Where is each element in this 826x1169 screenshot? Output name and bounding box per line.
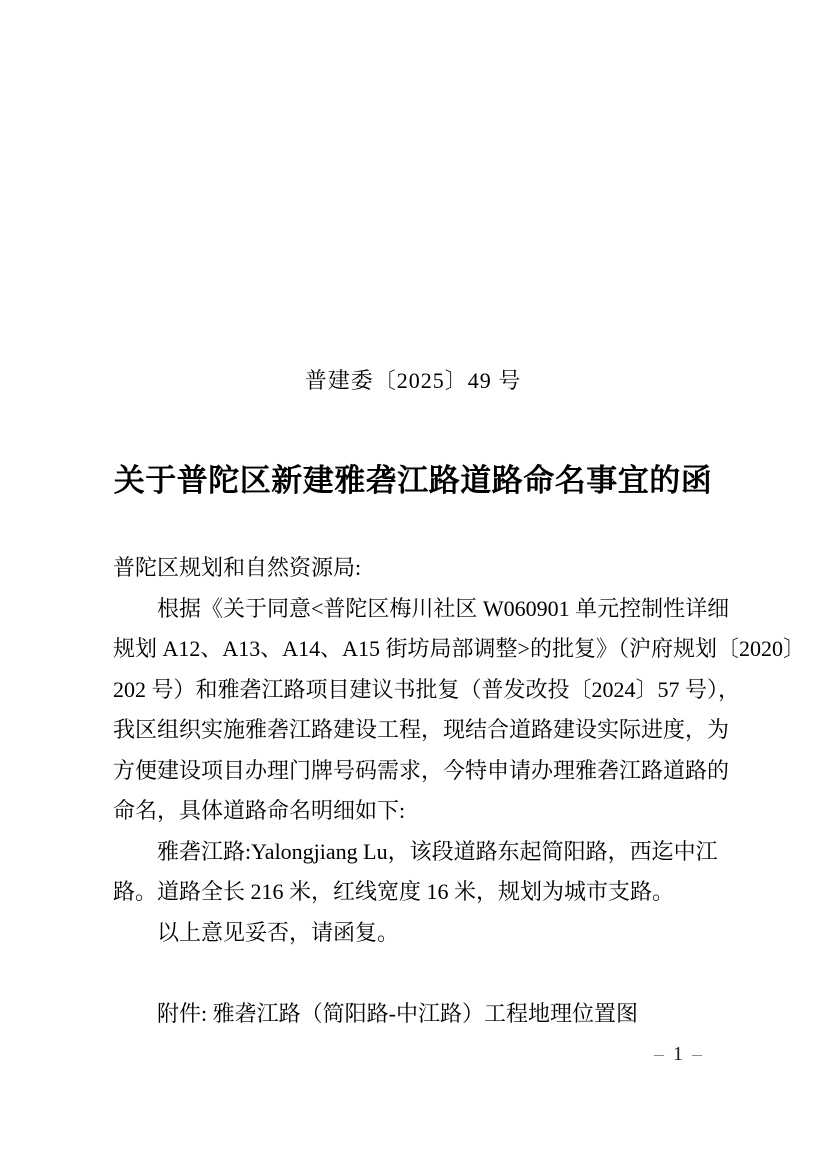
page-number: –1– (654, 1043, 702, 1065)
document-title: 关于普陀区新建雅砻江路道路命名事宜的函 (0, 459, 826, 503)
body-line: 命名，具体道路命名明细如下: (113, 791, 738, 832)
body-line: 方便建设项目办理门牌号码需求，今特申请办理雅砻江路道路的 (113, 751, 738, 792)
page-number-value: 1 (673, 1043, 683, 1065)
body-line: 路。道路全长 216 米，红线宽度 16 米，规划为城市支路。 (113, 872, 738, 913)
document-page: 普建委〔2025〕49 号 关于普陀区新建雅砻江路道路命名事宜的函 普陀区规划和… (0, 0, 826, 1169)
document-reference-number: 普建委〔2025〕49 号 (0, 366, 826, 396)
body-line: 以上意见妥否，请函复。 (113, 913, 738, 954)
attachment-line: 附件: 雅砻江路（简阳路-中江路）工程地理位置图 (113, 994, 738, 1035)
salutation-line: 普陀区规划和自然资源局: (113, 548, 738, 589)
body-line: 我区组织实施雅砻江路建设工程，现结合道路建设实际进度，为 (113, 710, 738, 751)
body-line: 202 号）和雅砻江路项目建议书批复（普发改投〔2024〕57 号）， (113, 670, 738, 711)
body-line: 根据《关于同意<普陀区梅川社区 W060901 单元控制性详细 (113, 589, 738, 630)
page-number-dash-right: – (692, 1043, 702, 1065)
document-body: 普陀区规划和自然资源局: 根据《关于同意<普陀区梅川社区 W060901 单元控… (113, 548, 738, 1034)
body-line: 雅砻江路:Yalongjiang Lu，该段道路东起简阳路，西迄中江 (113, 832, 738, 873)
blank-line (113, 953, 738, 994)
page-number-dash-left: – (654, 1043, 664, 1065)
body-line: 规划 A12、A13、A14、A15 街坊局部调整>的批复》（沪府规划〔2020… (113, 629, 738, 670)
